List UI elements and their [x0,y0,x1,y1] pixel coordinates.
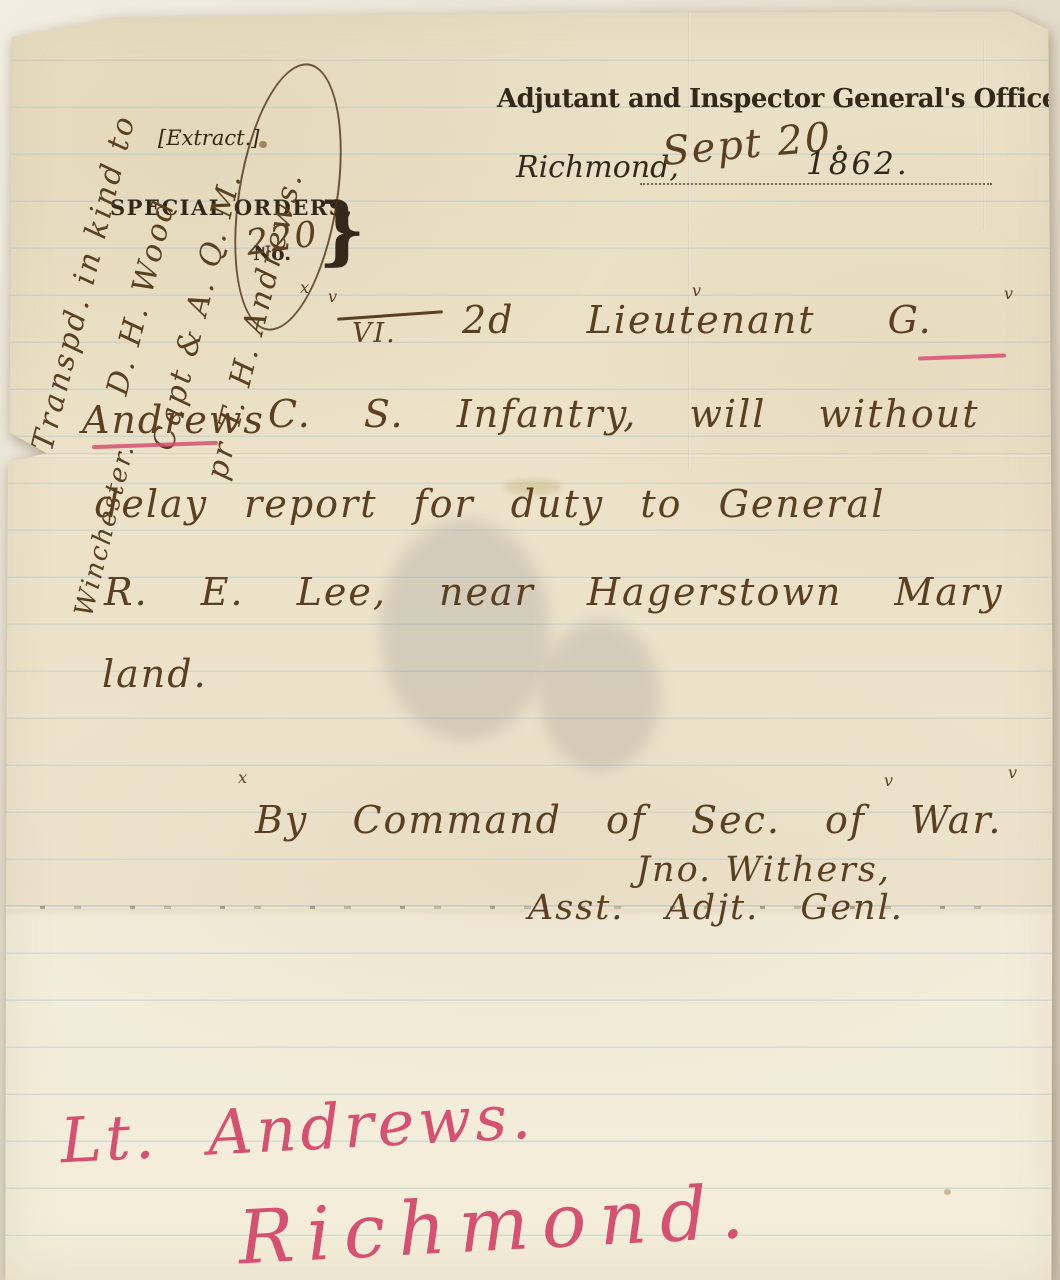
by-command-line: By Command of Sec. of War. [255,798,1003,842]
check-mark: x [238,768,247,787]
check-mark: x [300,278,309,297]
body-line-4: R. E. Lee, near Hagerstown Mary [104,570,1004,614]
paper-shadow: Adjutant and Inspector General's Office,… [0,0,1060,1280]
year: 1862. [806,146,910,182]
check-mark: v [1004,284,1013,303]
brace-glyph: } [318,188,366,274]
paper-sheet: Adjutant and Inspector General's Office,… [0,0,1060,1280]
check-mark: v [1008,763,1017,782]
body-line-2-rest: C. S. Infantry, will without [268,392,980,436]
signature-title: Asst. Adjt. Genl. [528,888,904,928]
docket-place: Richmond. [236,1168,759,1280]
vertical-crease [983,40,987,230]
body-line-3: delay report for duty to General [95,482,885,526]
foxing-spot [944,1189,951,1195]
signature-name: Jno. Withers, [636,850,891,890]
pink-underline [918,353,1006,360]
scanned-document: Adjutant and Inspector General's Office,… [0,0,1060,1280]
check-mark: v [328,287,337,306]
office-letterhead: Adjutant and Inspector General's Office, [497,84,1060,114]
folded-corner [1008,10,1054,38]
ink-bleedthrough [380,520,550,740]
paragraph-number: VI. [352,318,397,349]
body-line-2-name: Andrews [82,398,265,442]
body-line-1: 2d Lieutenant G. [462,298,933,342]
docket-name: Lt. Andrews. [58,1080,536,1178]
body-line-5: land. [102,652,208,696]
ink-bleedthrough [540,620,660,770]
check-mark: v [692,281,701,300]
check-mark: v [884,771,893,790]
